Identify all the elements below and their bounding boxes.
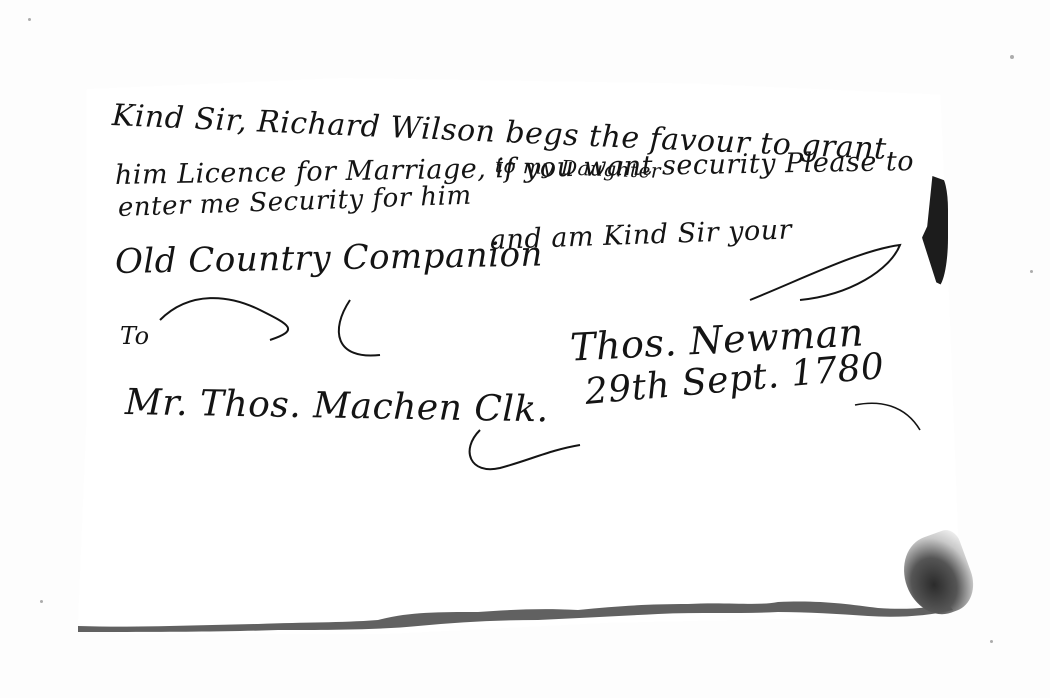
letter-closing: Old Country Companion — [115, 235, 544, 282]
speck — [1030, 270, 1033, 273]
salutation-to: To — [120, 322, 150, 350]
speck — [990, 640, 993, 643]
speck — [28, 18, 31, 21]
addressee: Mr. Thos. Machen Clk. — [125, 382, 549, 430]
speck — [1010, 55, 1014, 59]
speck — [40, 600, 43, 603]
document-scan: Kind Sir, Richard Wilson begs the favour… — [0, 0, 1050, 698]
